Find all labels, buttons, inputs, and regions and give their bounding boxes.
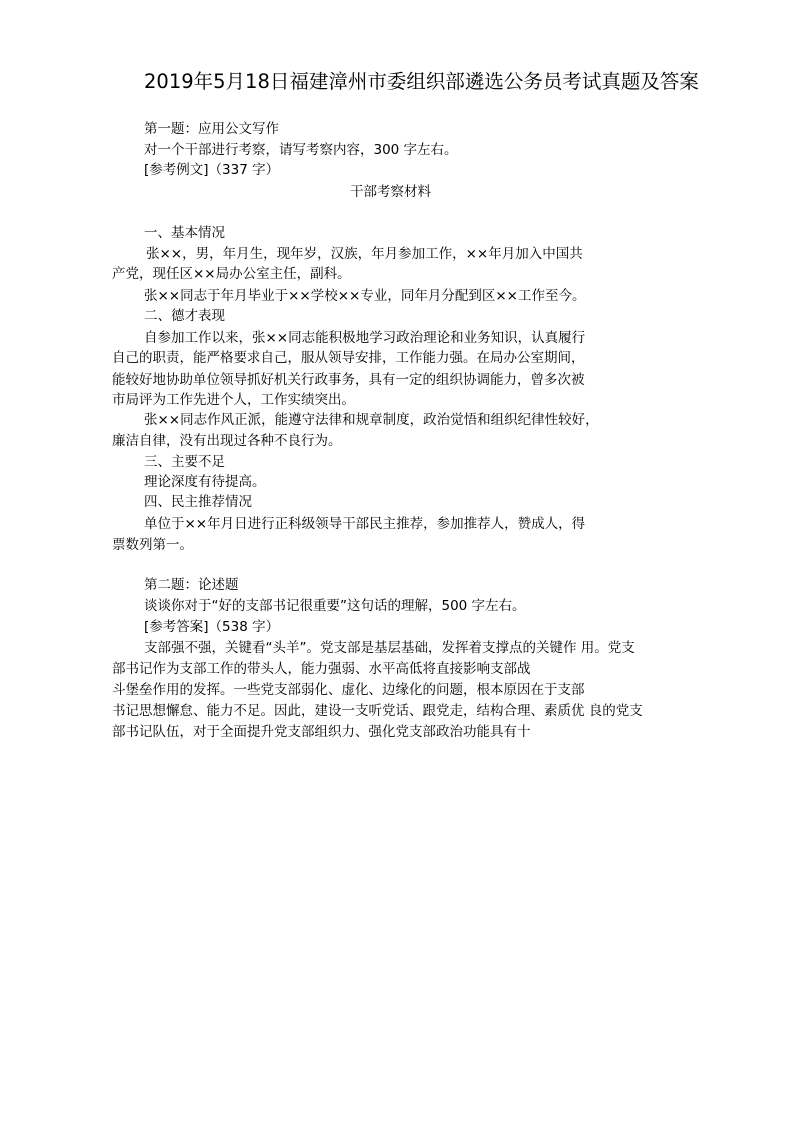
question1-prompt: 对一个干部进行考察，请写考察内容，300 字左右。 xyxy=(144,141,458,159)
paragraph-line: 票数列第一。 xyxy=(112,536,193,554)
paragraph-line: 张××，男，年月生，现年岁，汉族，年月参加工作，××年月加入中国共 xyxy=(146,245,583,263)
paragraph-line: 部书记作为支部工作的带头人，能力强弱、水平高低将直接影响支部战 xyxy=(112,660,531,678)
essay-title: 干部考察材料 xyxy=(350,183,431,201)
paragraph-line: 理论深度有待提高。 xyxy=(144,473,266,491)
paragraph-line: 市局评为工作先进个人，工作实绩突出。 xyxy=(112,391,355,409)
paragraph-line: 自参加工作以来，张××同志能积极地学习政治理论和业务知识，认真履行 xyxy=(144,329,585,347)
paragraph-line: 支部强不强，关键看“头羊”。党支部是基层基础，发挥着支撑点的关键作 用。党支 xyxy=(144,639,635,657)
question1-heading: 第一题：应用公文写作 xyxy=(144,120,279,138)
section-heading: 三、主要不足 xyxy=(144,453,225,471)
paragraph-line: 部书记队伍，对于全面提升党支部组织力、强化党支部政治功能具有十 xyxy=(112,723,531,741)
paragraph-line: 张××同志作风正派，能遵守法律和规章制度，政治觉悟和组织纪律性较好， xyxy=(144,411,599,429)
section-heading: 二、德才表现 xyxy=(144,307,225,325)
paragraph-line: 产党，现任区××局办公室主任，副科。 xyxy=(112,265,351,283)
paragraph-line: 斗堡垒作用的发挥。一些党支部弱化、虚化、边缘化的问题，根本原因在于支部 xyxy=(112,681,585,699)
paragraph-line: 书记思想懈怠、能力不足。因此，建设一支听党话、跟党走，结构合理、素质优 良的党支 xyxy=(112,702,643,720)
section-heading: 一、基本情况 xyxy=(144,224,225,242)
paragraph-line: 张××同志于年月毕业于××学校××专业，同年月分配到区××工作至今。 xyxy=(144,287,586,305)
question2-heading: 第二题：论述题 xyxy=(144,576,239,594)
document-title: 2019年5月18日福建漳州市委组织部遴选公务员考试真题及答案 xyxy=(144,70,794,94)
paragraph-line: 廉洁自律，没有出现过各种不良行为。 xyxy=(112,432,342,450)
section-heading: 四、民主推荐情况 xyxy=(144,493,252,511)
question1-ref-label: [参考例文]（337 字） xyxy=(144,161,279,179)
question2-prompt: 谈谈你对于“好的支部书记很重要”这句话的理解，500 字左右。 xyxy=(144,597,526,615)
paragraph-line: 能较好地协助单位领导抓好机关行政事务，具有一定的组织协调能力，曾多次被 xyxy=(112,371,585,389)
question2-ref-label: [参考答案]（538 字） xyxy=(144,618,279,636)
paragraph-line: 自己的职责，能严格要求自己，服从领导安排，工作能力强。在局办公室期间， xyxy=(112,349,585,367)
paragraph-line: 单位于××年月日进行正科级领导干部民主推荐，参加推荐人，赞成人，得 xyxy=(144,515,585,533)
